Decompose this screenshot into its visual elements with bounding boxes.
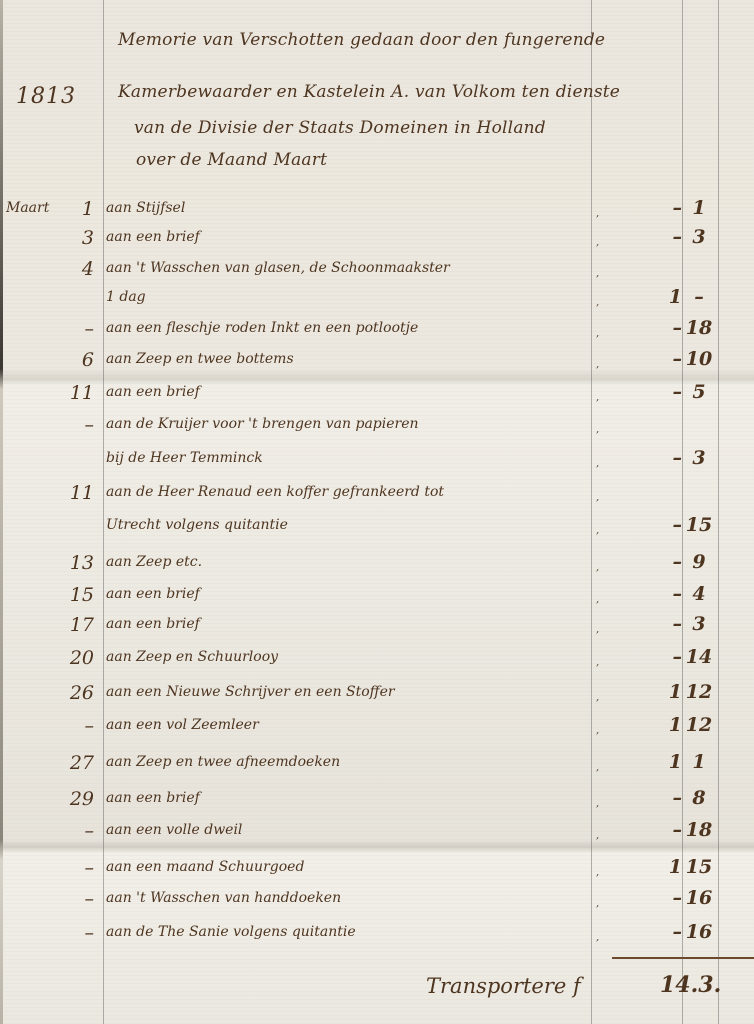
year-label: 1813 [16,84,76,109]
column-tick: , [596,692,599,703]
column-tick: , [596,392,599,403]
ledger-row: 29aan een brief,–8 [0,786,754,818]
ledger-row: 4aan 't Wasschen van glasen, de Schoonma… [0,256,754,288]
column-tick: , [596,562,599,573]
amount-guilders: – [640,226,682,248]
entry-description: aan Zeep etc. [106,554,202,570]
amount-stivers: 3 [682,447,716,469]
entry-day: 6 [64,349,94,371]
entry-day: – [64,318,94,340]
entry-day: 1 [64,198,94,220]
entry-amount: –9 [640,551,754,573]
amount-guilders: 1 [640,751,682,773]
entry-day: 3 [64,227,94,249]
column-tick: , [596,492,599,503]
entry-amount: –3 [640,447,754,469]
column-tick: , [596,867,599,878]
amount-guilders: – [640,819,682,841]
entry-day: – [64,715,94,737]
entry-day: – [64,414,94,436]
entry-amount: –15 [640,514,754,536]
amount-stivers: 10 [682,348,716,370]
amount-stivers: 15 [682,514,716,536]
ledger-row: 20aan Zeep en Schuurlooy,–14 [0,645,754,677]
ledger-row: 3aan een brief,–3 [0,225,754,257]
entry-description: aan een brief [106,586,200,602]
ledger-row: 15aan een brief,–4 [0,582,754,614]
amount-stivers: 16 [682,887,716,909]
ledger-row: Utrecht volgens quitantie,–15 [0,513,754,545]
amount-stivers: 8 [682,787,716,809]
entry-description: aan een brief [106,616,200,632]
entry-day: 11 [64,382,94,404]
entry-description: aan Zeep en twee bottems [106,351,294,367]
amount-stivers: 5 [682,381,716,403]
entry-description: Utrecht volgens quitantie [106,517,288,533]
entry-day: 13 [64,552,94,574]
amount-guilders: – [640,583,682,605]
column-tick: , [596,594,599,605]
entry-description: aan 't Wasschen van handdoeken [106,890,341,906]
ledger-row: 1 dag,1– [0,285,754,317]
column-tick: , [596,898,599,909]
entry-day: – [64,888,94,910]
entry-day: 26 [64,682,94,704]
amount-stivers: 12 [682,714,716,736]
column-tick: , [596,624,599,635]
column-tick: , [596,657,599,668]
amount-guilders: – [640,887,682,909]
column-tick: , [596,932,599,943]
ledger-row: 6aan Zeep en twee bottems,–10 [0,347,754,379]
amount-guilders: – [640,514,682,536]
column-tick: , [596,725,599,736]
column-tick: , [596,208,599,219]
ledger-row: –aan een fleschje roden Inkt en een potl… [0,316,754,348]
entry-amount: 112 [640,681,754,703]
amount-guilders: – [640,646,682,668]
ledger-row: Maart1aan Stijfsel,–1 [0,196,754,228]
entry-day: – [64,857,94,879]
amount-guilders: – [640,348,682,370]
total-amount: 14.3. [660,972,721,998]
entry-amount: –16 [640,921,754,943]
entry-amount: –18 [640,317,754,339]
entry-description: aan een Nieuwe Schrijver en een Stoffer [106,684,395,700]
amount-guilders: – [640,317,682,339]
amount-stivers: 18 [682,317,716,339]
manuscript-page: 1813 Memorie van Verschotten gedaan door… [0,0,754,1024]
entry-day: – [64,922,94,944]
amount-stivers: 14 [682,646,716,668]
ledger-row: 26aan een Nieuwe Schrijver en een Stoffe… [0,680,754,712]
amount-stivers: – [682,286,716,308]
entry-amount: 1– [640,286,754,308]
amount-guilders: 1 [640,681,682,703]
entry-amount: –4 [640,583,754,605]
amount-guilders: 1 [640,286,682,308]
entry-day: 15 [64,584,94,606]
entry-day: 11 [64,482,94,504]
entry-description: aan een fleschje roden Inkt en een potlo… [106,320,418,336]
ledger-row: 13aan Zeep etc.,–9 [0,550,754,582]
entry-description: aan 't Wasschen van glasen, de Schoonmaa… [106,260,450,276]
ledger-row: 11aan de Heer Renaud een koffer gefranke… [0,480,754,512]
entry-amount: 115 [640,856,754,878]
ledger-row: –aan 't Wasschen van handdoeken,–16 [0,886,754,918]
entry-description: aan een vol Zeemleer [106,717,259,733]
entry-description: aan de Heer Renaud een koffer gefrankeer… [106,484,444,500]
column-tick: , [596,328,599,339]
amount-stivers: 1 [682,751,716,773]
entry-description: aan Stijfsel [106,200,185,216]
amount-guilders: – [640,447,682,469]
entry-day: 20 [64,647,94,669]
entry-description: aan een brief [106,229,200,245]
amount-stivers: 1 [682,197,716,219]
amount-guilders: – [640,551,682,573]
ledger-row: –aan de The Sanie volgens quitantie,–16 [0,920,754,952]
header-line-1: Memorie van Verschotten gedaan door den … [118,30,605,50]
amount-stivers: 3 [682,613,716,635]
entry-description: bij de Heer Temminck [106,450,263,466]
month-label: Maart [6,200,49,216]
column-tick: , [596,798,599,809]
entry-description: aan Zeep en Schuurlooy [106,649,278,665]
ledger-row: –aan een volle dweil,–18 [0,818,754,850]
ledger-row: 11aan een brief,–5 [0,380,754,412]
entry-amount: 112 [640,714,754,736]
entry-description: aan de Kruijer voor 't brengen van papie… [106,416,419,432]
column-tick: , [596,762,599,773]
total-rule [612,957,754,959]
header-line-4: over de Maand Maart [136,150,327,170]
header-line-2: Kamerbewaarder en Kastelein A. van Volko… [118,82,620,102]
amount-guilders: 1 [640,714,682,736]
entry-amount: –10 [640,348,754,370]
column-tick: , [596,458,599,469]
column-tick: , [596,424,599,435]
entry-amount: 11 [640,751,754,773]
transport-label: Transportere f [426,974,581,998]
entry-amount: –8 [640,787,754,809]
header-line-3: van de Divisie der Staats Domeinen in Ho… [134,118,546,138]
entry-day: – [64,820,94,842]
entry-amount: –18 [640,819,754,841]
amount-stivers: 16 [682,921,716,943]
amount-stivers: 4 [682,583,716,605]
entry-description: aan een volle dweil [106,822,242,838]
entry-description: aan Zeep en twee afneemdoeken [106,754,340,770]
amount-guilders: – [640,381,682,403]
column-tick: , [596,237,599,248]
column-tick: , [596,830,599,841]
entry-amount: –1 [640,197,754,219]
amount-stivers: 3 [682,226,716,248]
entry-amount: –5 [640,381,754,403]
ledger-row: bij de Heer Temminck,–3 [0,446,754,478]
entry-day: 4 [64,258,94,280]
amount-guilders: 1 [640,856,682,878]
entry-description: aan een brief [106,790,200,806]
column-tick: , [596,268,599,279]
amount-stivers: 12 [682,681,716,703]
amount-guilders: – [640,197,682,219]
entry-description: aan een maand Schuurgoed [106,859,304,875]
entry-amount: –16 [640,887,754,909]
entry-description: aan de The Sanie volgens quitantie [106,924,356,940]
entry-day: 29 [64,788,94,810]
entry-day: 17 [64,614,94,636]
column-tick: , [596,297,599,308]
amount-stivers: 9 [682,551,716,573]
amount-guilders: – [640,787,682,809]
entry-description: 1 dag [106,289,146,305]
entry-amount: –3 [640,613,754,635]
amount-stivers: 15 [682,856,716,878]
ledger-row: 27aan Zeep en twee afneemdoeken,11 [0,750,754,782]
ledger-row: –aan een maand Schuurgoed,115 [0,855,754,887]
entry-day: 27 [64,752,94,774]
entry-amount: –3 [640,226,754,248]
entry-description: aan een brief [106,384,200,400]
ledger-row: 17aan een brief,–3 [0,612,754,644]
amount-guilders: – [640,921,682,943]
ledger-row: –aan een vol Zeemleer,112 [0,713,754,745]
column-tick: , [596,525,599,536]
amount-guilders: – [640,613,682,635]
entry-amount: –14 [640,646,754,668]
ledger-row: –aan de Kruijer voor 't brengen van papi… [0,412,754,444]
amount-stivers: 18 [682,819,716,841]
column-tick: , [596,359,599,370]
